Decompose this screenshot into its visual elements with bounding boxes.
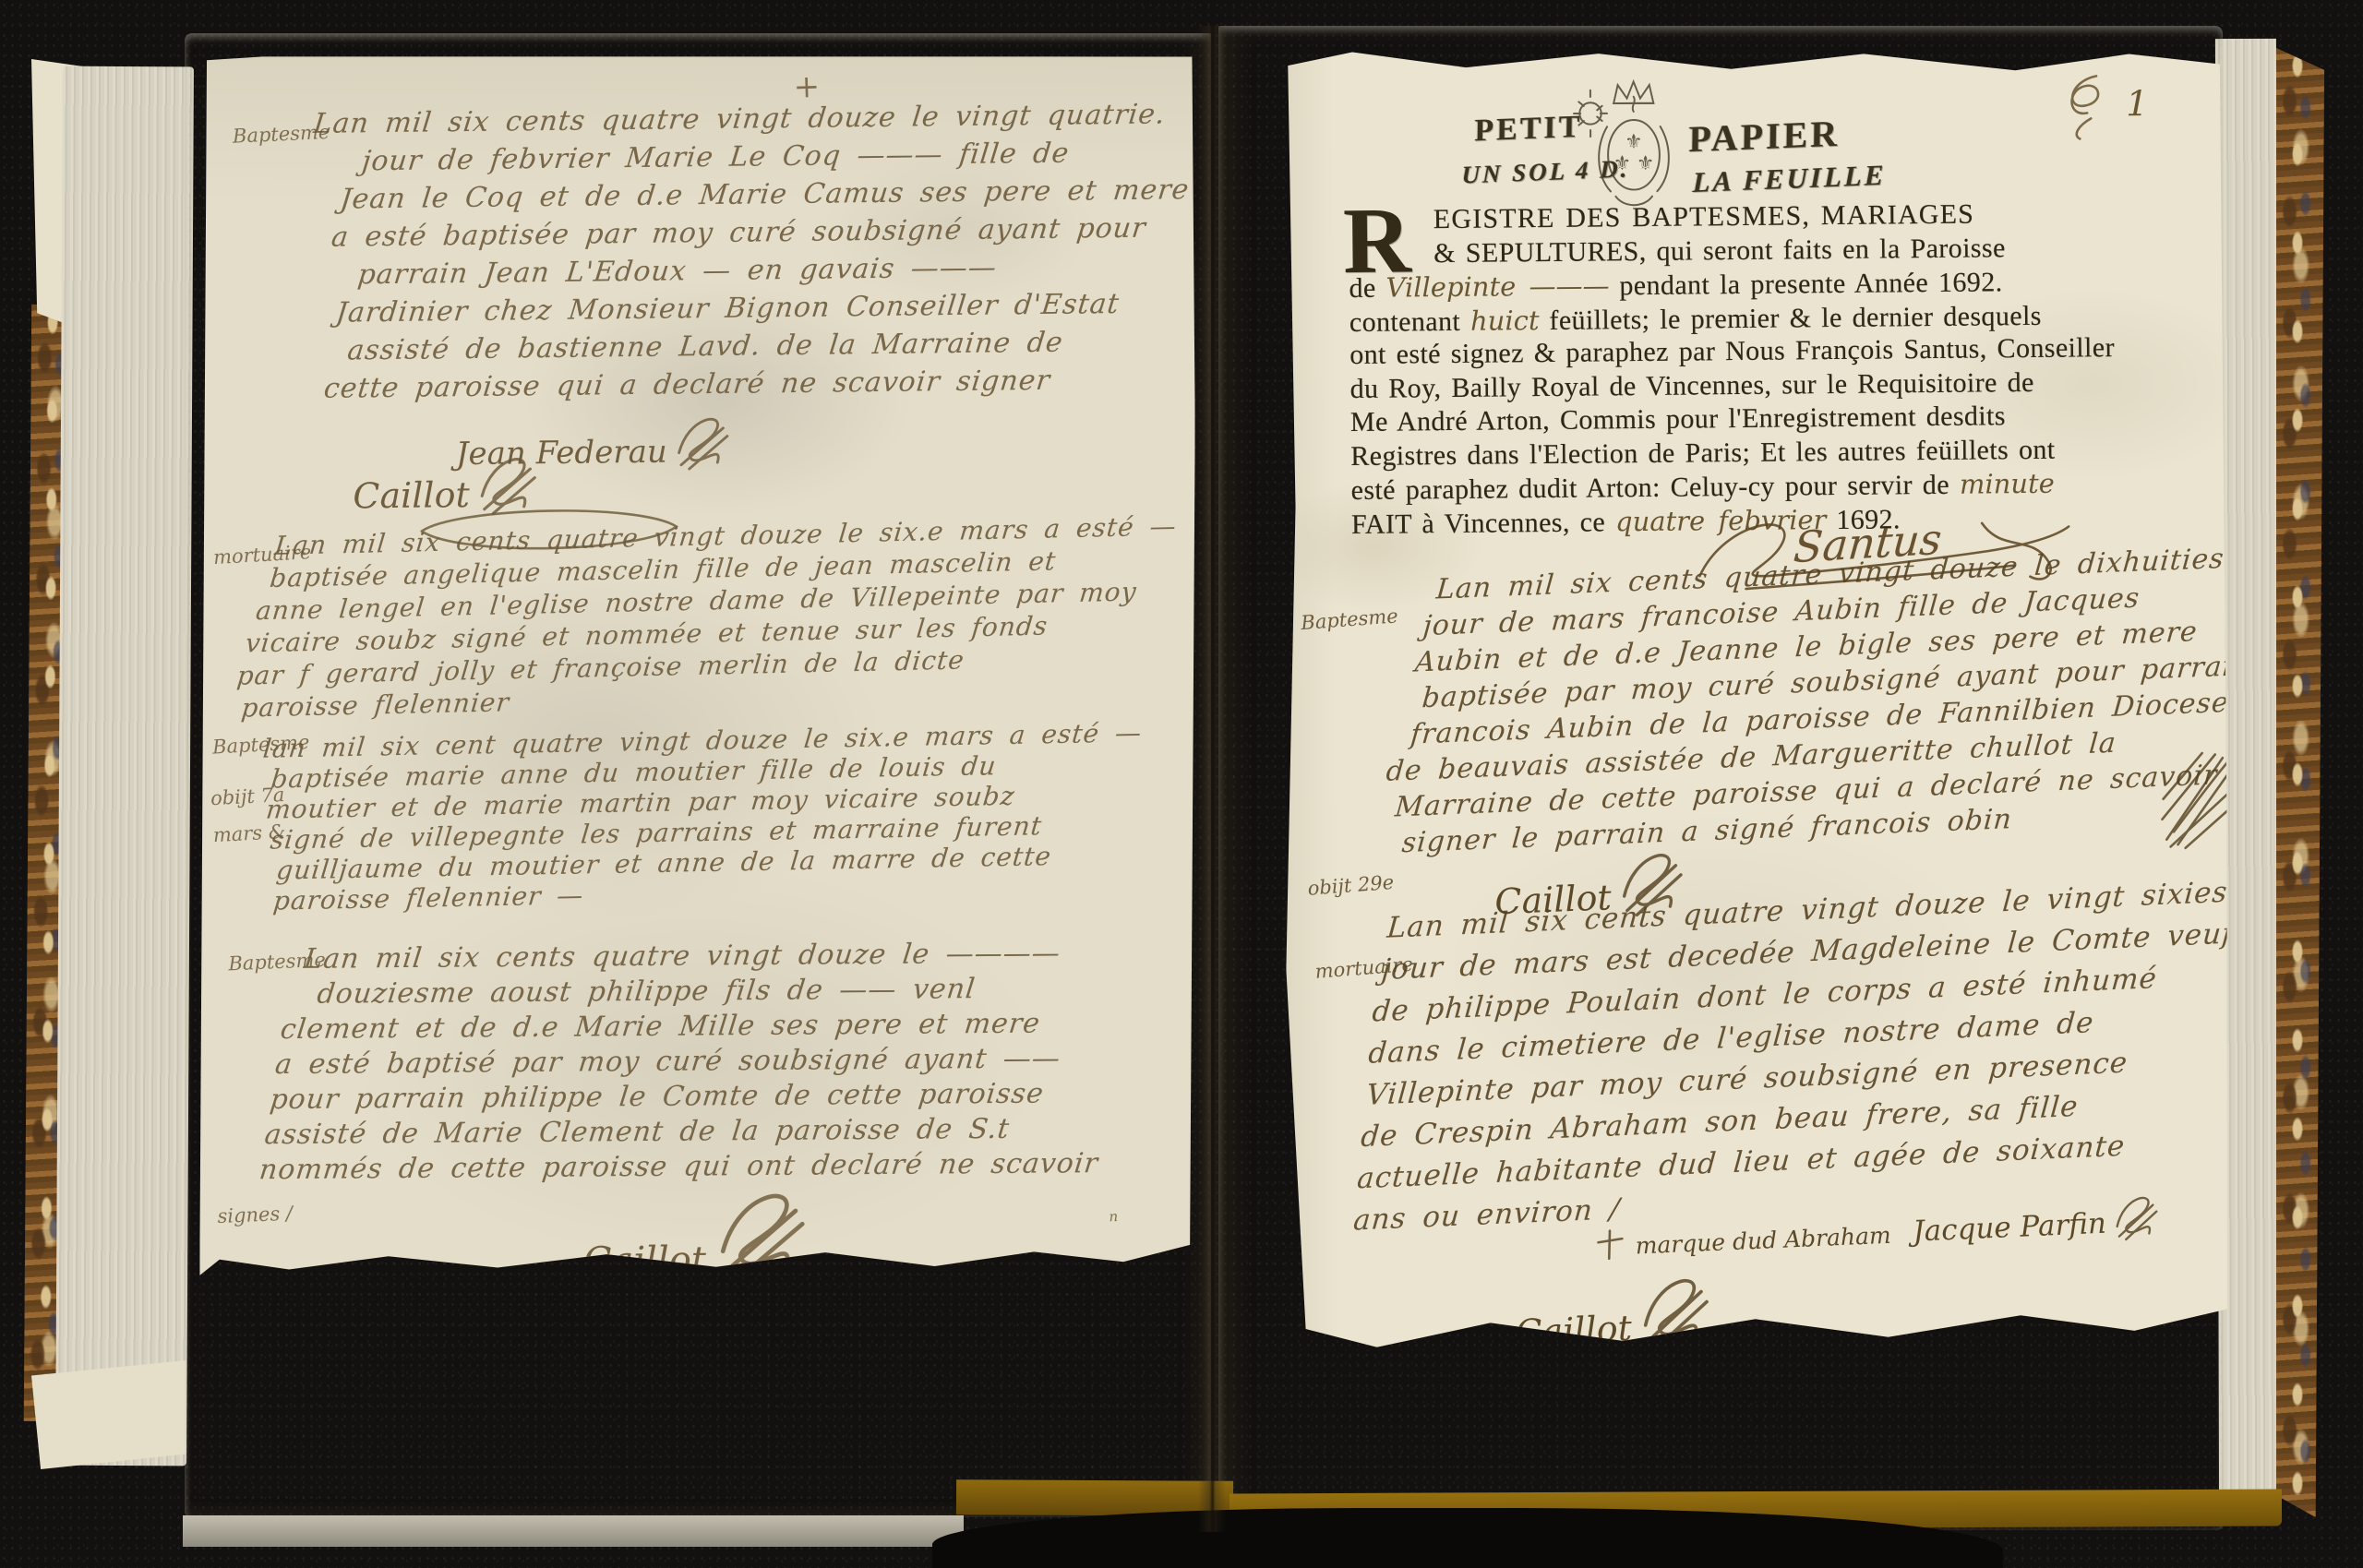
right-manuscript-leaf: PETIT UN SOL 4 D. PAPIER LA FEUILLE ⚜⚜⚜ [1277,41,2229,1366]
manuscript-insertion: Villepinte ——— [1385,269,1609,303]
margin-note: signes / [217,1203,293,1227]
page-edge-strip-bottom-left [183,1515,964,1547]
manuscript-line: Lan mil six cents quatre vingt douze le … [312,98,1168,140]
printed-text: ont esté signez & paraphez par Nous Fran… [1349,332,2115,370]
vellum-corner-bottom-left [31,1360,186,1469]
signature: Jacque Parfin [1912,1188,2165,1251]
manuscript-line: a esté baptisé par moy curé soubsigné ay… [273,1042,1062,1081]
manuscript-line: paroisse flelennier [240,687,511,723]
folio-number-text: 1 [2126,83,2148,124]
signature: marque dud Abraham [1594,1215,1892,1265]
manuscript-line: douziesme aoust philippe fils de —— venl [316,973,978,1011]
cross-flourish-icon [1594,1227,1627,1264]
margin-note: Baptesme [1301,604,1399,634]
printed-text: du Roy, Bailly Royal de Vincennes, sur l… [1349,366,2034,403]
margin-note: obijt 29e [1307,871,1395,900]
marbled-cover-right [2276,48,2324,1517]
manuscript-line: assisté de bastienne Lavd. de la Marrain… [346,327,1065,367]
manuscript-line: a esté baptisée par moy curé soubsigné a… [330,212,1147,254]
signature-text: Jacque Parfin [1913,1207,2107,1249]
manuscript-line: pour parrain philippe le Comte de cette … [269,1078,1046,1117]
paraph-flourish-icon [670,408,736,472]
page-block-fore-edge-left [55,66,194,1466]
manuscript-line: parrain Jean L'Edoux — en gavais ——— [356,251,999,291]
margin-note: + [793,68,821,106]
photo-stage: { "scene": { "background_color": "#13111… [0,0,2363,1568]
stamp-word-papier: PAPIER [1688,112,1840,161]
manuscript-line: paroisse flelennier — [271,880,585,916]
svg-text:⚜: ⚜ [1613,152,1631,174]
manuscript-line: Jardinier chez Monsieur Bignon Conseille… [334,288,1121,329]
printed-text: Registres dans l'Election de Paris; Et l… [1350,434,2056,471]
registrar-paraph-icon [2059,68,2118,142]
manuscript-insertion: huict [1470,305,1540,337]
svg-text:⚜: ⚜ [1637,152,1654,174]
folio-number: 1 [2059,68,2118,147]
printed-heading: R EGISTRE DES BAPTESMES, MARIAGES& SEPUL… [1349,197,2108,542]
manuscript-line: clement et de d.e Marie Mille ses pere e… [279,1008,1042,1046]
printed-text: Me André Arton, Commis pour l'Enregistre… [1350,401,2006,437]
printed-text: esté paraphez dudit Arton: Celuy-cy pour… [1351,470,1961,506]
manuscript-line: Lan mil six cents quatre vingt douze le … [302,937,1062,975]
printed-text: pendant la presente Année 1692. [1609,267,2002,301]
manuscript-line: Jean le Coq et de d.e Marie Camus ses pe… [339,174,1192,215]
printed-text: FAIT à Vincennes, ce [1351,507,1615,540]
paraph-flourish-icon [2108,1188,2164,1241]
manuscript-line: jour de febvrier Marie Le Coq ——— fille … [360,138,1071,178]
stamp-word-la-feuille: LA FEUILLE [1692,159,1886,199]
printed-text: feüillets; le premier & le dernier desqu… [1539,300,2042,335]
signature-text [2156,817,2157,849]
drop-cap: R [1343,200,1412,282]
stamp-crest-icon: ⚜⚜⚜ [1572,74,1689,222]
gutter-shadow [1198,26,1226,1532]
signature-text: marque dud Abraham [1635,1222,1891,1260]
manuscript-insertion: minute [1960,468,2055,500]
manuscript-line: ans ou environ / [1352,1192,1622,1238]
svg-text:⚜: ⚜ [1625,131,1642,153]
left-manuscript-leaf: +nBaptesmeLan mil six cents quatre vingt… [199,54,1195,1285]
printed-text: contenant [1349,305,1470,337]
printed-text: EGISTRE DES BAPTESMES, MARIAGES [1433,199,1975,235]
margin-note: n [1109,1208,1118,1225]
printed-text: & SEPULTURES, qui seront faits en la Par… [1433,233,2006,269]
stamp-word-petit: PETIT [1474,110,1582,150]
signature [2154,748,2239,851]
manuscript-line: cette paroisse qui a declaré ne scavoir … [322,365,1052,405]
manuscript-line: assisté de Marie Clement de la paroisse … [263,1113,1012,1151]
